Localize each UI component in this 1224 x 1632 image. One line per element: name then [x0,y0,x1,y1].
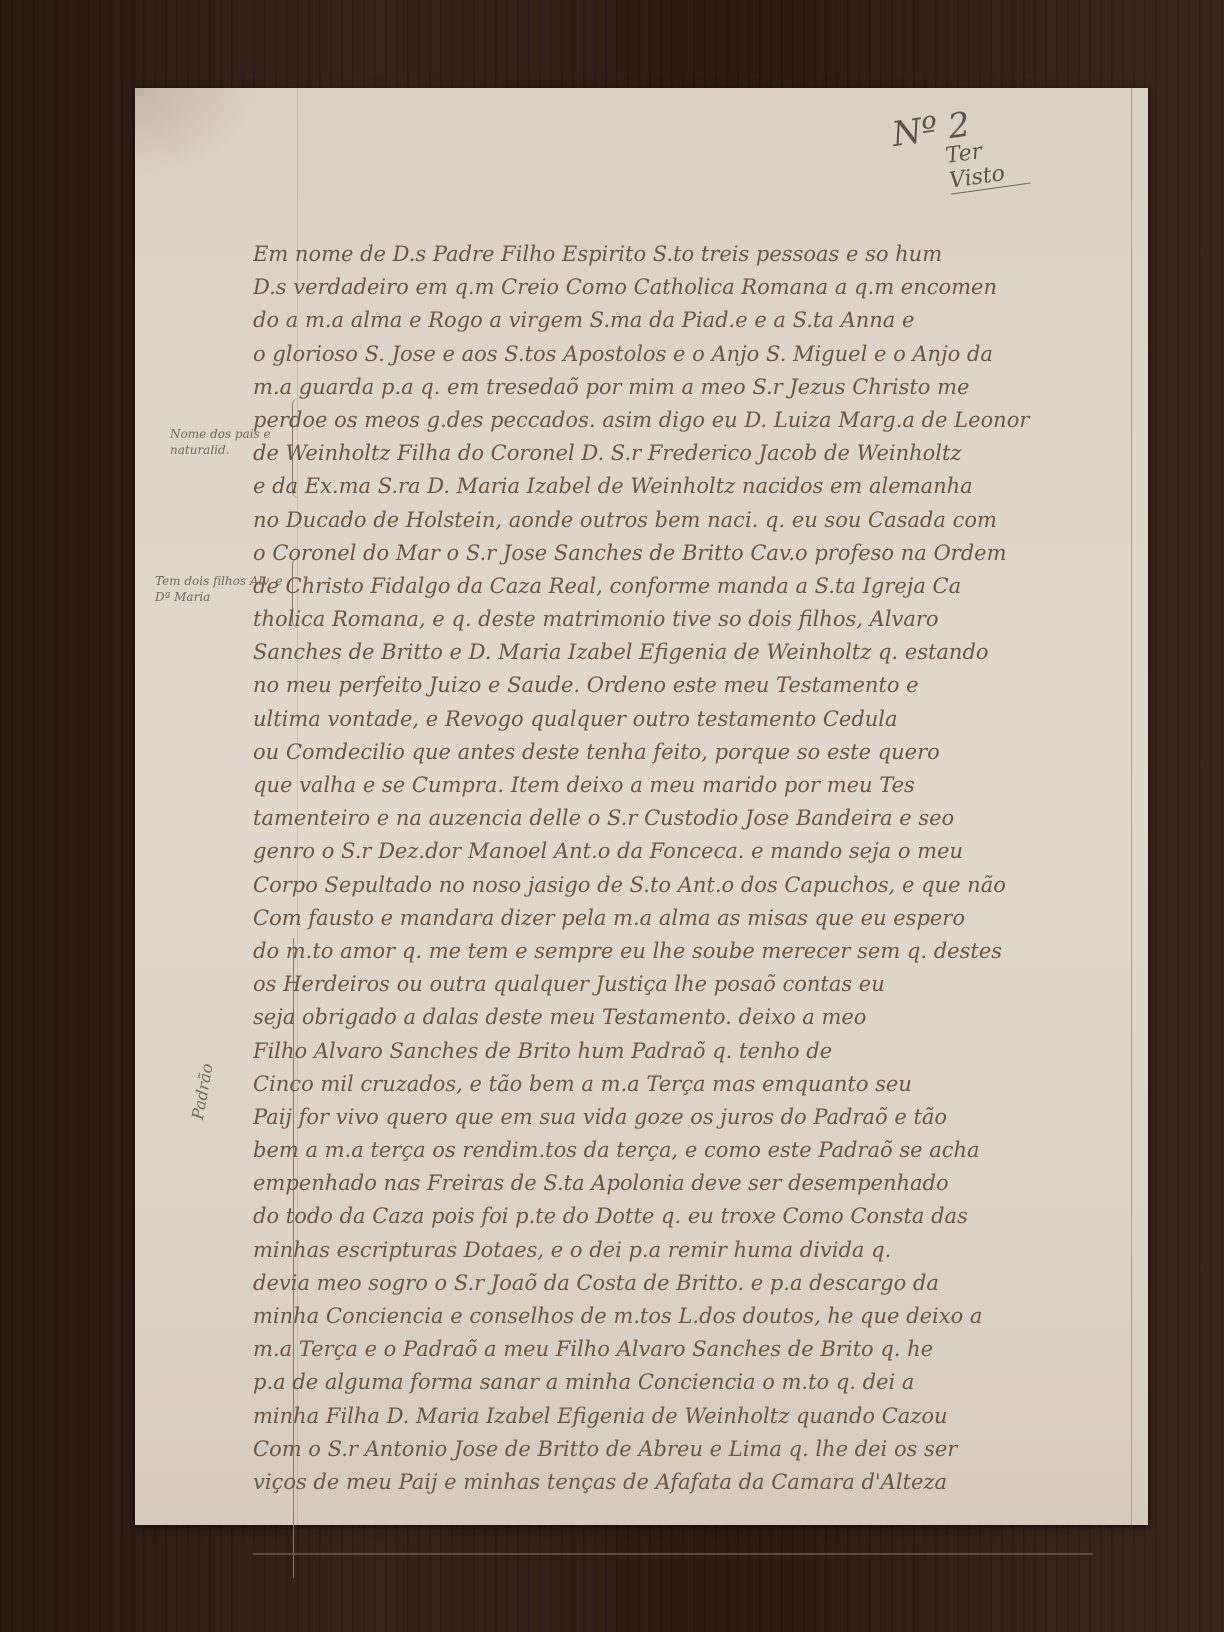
text-line: do a m.a alma e Rogo a virgem S.ma da Pi… [253,304,1133,337]
text-line: ou Comdecilio que antes deste tenha feit… [253,736,1133,769]
text-line: Cinco mil cruzados, e tão bem a m.a Terç… [253,1068,1133,1101]
text-line: Corpo Sepultado no noso jasigo de S.to A… [253,869,1133,902]
text-line: do todo da Caza pois foi p.te do Dotte q… [253,1200,1133,1233]
text-line: Filho Alvaro Sanches de Brito hum Padraõ… [253,1035,1133,1068]
text-line: de Christo Fidalgo da Caza Real, conform… [253,570,1133,603]
text-line: de Weinholtz Filha do Coronel D. S.r Fre… [253,437,1133,470]
text-line: minha Filha D. Maria Izabel Efigenia de … [253,1400,1133,1433]
text-line: que valha e se Cumpra. Item deixo a meu … [253,769,1133,802]
text-line: e da Ex.ma S.ra D. Maria Izabel de Weinh… [253,470,1133,503]
text-line: no meu perfeito Juizo e Saude. Ordeno es… [253,669,1133,702]
text-line: no Ducado de Holstein, aonde outros bem … [253,504,1133,537]
text-line: o Coronel do Mar o S.r Jose Sanches de B… [253,537,1133,570]
text-line: seja obrigado a dalas deste meu Testamen… [253,1001,1133,1034]
reference-mark: Nº 2 Ter Visto [890,97,1031,201]
text-line: bem a m.a terça os rendim.tos da terça, … [253,1134,1133,1167]
text-line: perdoe os meos g.des peccados. asim digo… [253,404,1133,437]
text-line: tholica Romana, e q. deste matrimonio ti… [253,603,1133,636]
reference-note: Ter Visto [944,133,1030,195]
text-line: m.a guarda p.a q. em tresedaõ por mim a … [253,371,1133,404]
text-line: o glorioso S. Jose e aos S.tos Apostolos… [253,338,1133,371]
text-line: Com fausto e mandara dizer pela m.a alma… [253,902,1133,935]
text-line: devia meo sogro o S.r Joaõ da Costa de B… [253,1267,1133,1300]
text-line: do m.to amor q. me tem e sempre eu lhe s… [253,935,1133,968]
text-line: p.a de alguma forma sanar a minha Concie… [253,1366,1133,1399]
text-line: empenhado nas Freiras de S.ta Apolonia d… [253,1167,1133,1200]
text-line: m.a Terça e o Padraõ a meu Filho Alvaro … [253,1333,1133,1366]
text-line: Com o S.r Antonio Jose de Britto de Abre… [253,1433,1133,1466]
manuscript-page: Nº 2 Ter Visto Nome dos pais e naturalid… [135,88,1148,1525]
text-line: D.s verdadeiro em q.m Creio Como Catholi… [253,271,1133,304]
bottom-rule-line [253,1553,1093,1555]
text-line: genro o S.r Dez.dor Manoel Ant.o da Fonc… [253,835,1133,868]
text-line: Paij for vivo quero que em sua vida goze… [253,1101,1133,1134]
text-line: viços de meu Paij e minhas tenças de Afa… [253,1466,1133,1499]
margin-note-padrao: Padrão [190,1062,216,1121]
text-line: os Herdeiros ou outra qualquer Justiça l… [253,968,1133,1001]
text-line: Em nome de D.s Padre Filho Espirito S.to… [253,238,1133,271]
text-line: minha Conciencia e conselhos de m.tos L.… [253,1300,1133,1333]
text-line: tamenteiro e na auzencia delle o S.r Cus… [253,802,1133,835]
manuscript-body: Em nome de D.s Padre Filho Espirito S.to… [253,238,1133,1499]
text-line: ultima vontade, e Revogo qualquer outro … [253,703,1133,736]
text-line: Sanches de Britto e D. Maria Izabel Efig… [253,636,1133,669]
text-line: minhas escripturas Dotaes, e o dei p.a r… [253,1234,1133,1267]
